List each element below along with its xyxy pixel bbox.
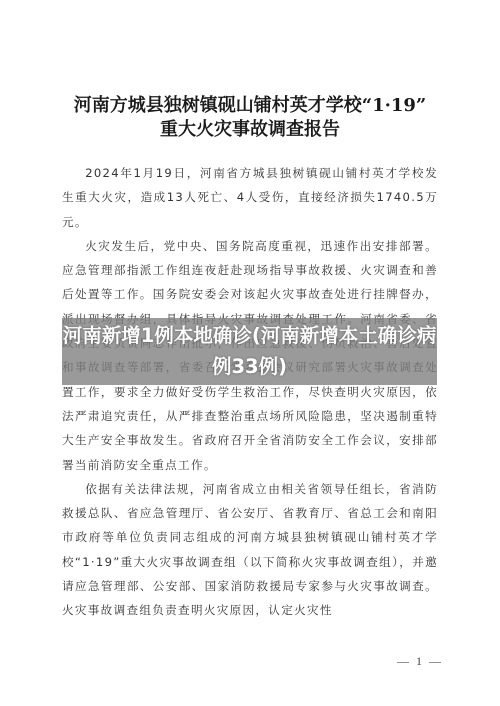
page-number: — 1 — xyxy=(390,654,450,669)
headline-overlay-text: 河南新增1例本地确诊(河南新增本土确诊病例33例) xyxy=(62,320,437,382)
paragraph-investigation: 依据有关法律法规，河南省成立由相关省领导任组长，省消防救援总队、省应急管理厅、省… xyxy=(62,477,438,623)
report-title-line1: 河南方城县独树镇砚山铺村英才学校“1·19” xyxy=(40,91,460,117)
report-body: 2024年1月19日，河南省方城县独树镇砚山铺村英才学校发生重大火灾，造成13人… xyxy=(62,161,438,623)
report-title-line2: 重大火灾事故调查报告 xyxy=(40,115,460,141)
paragraph-summary: 2024年1月19日，河南省方城县独树镇砚山铺村英才学校发生重大火灾，造成13人… xyxy=(62,161,438,234)
